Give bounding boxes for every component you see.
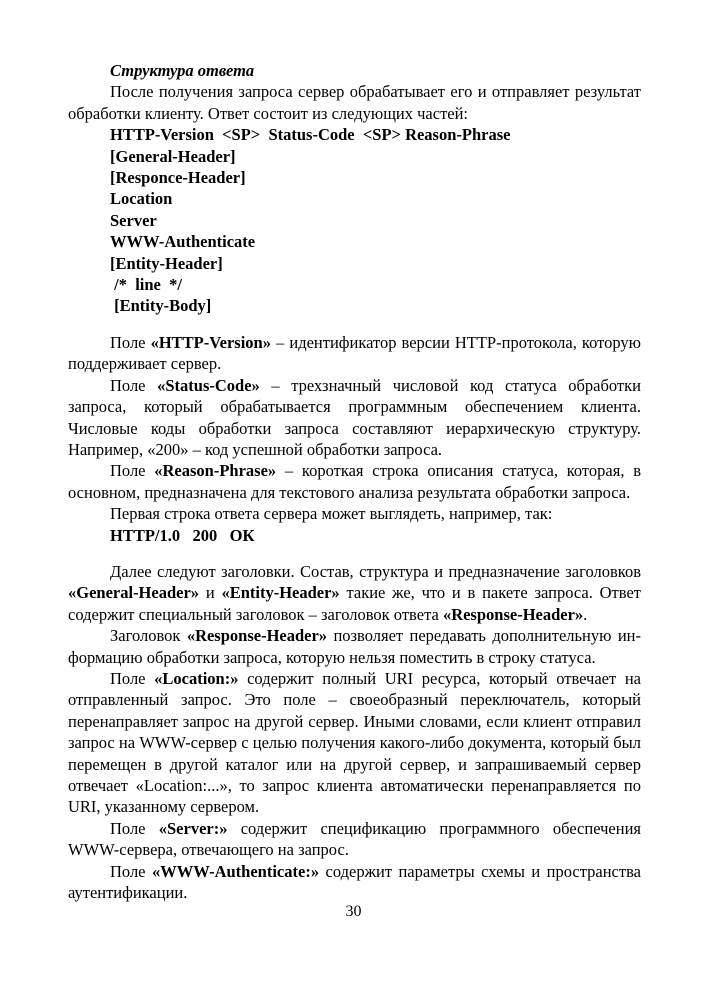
- section-heading: Структура ответа: [110, 60, 641, 81]
- intro-paragraph: После получения запроса сервер обрабатыв…: [68, 81, 641, 124]
- code-line-location: Location: [68, 188, 641, 209]
- code-line-general-header: [General-Header]: [68, 146, 641, 167]
- paragraph-headers-overview: Далее следуют заголовки. Состав, структу…: [68, 561, 641, 625]
- paragraph-http-version: Поле «HTTP-Version» – идентификатор верс…: [68, 332, 641, 375]
- paragraph-status-code: Поле «Status-Code» – трехзначный числово…: [68, 375, 641, 461]
- code-line-www-authenticate: WWW-Authenticate: [68, 231, 641, 252]
- document-page: Структура ответа После получения запроса…: [0, 0, 707, 1000]
- page-number: 30: [0, 901, 707, 922]
- paragraph-server: Поле «Server:» содержит спецификацию про…: [68, 818, 641, 861]
- paragraph-reason-phrase: Поле «Reason-Phrase» – короткая строка о…: [68, 460, 641, 503]
- paragraph-example-intro: Первая строка ответа сервера может выгля…: [68, 503, 641, 524]
- response-structure-block: HTTP-Version <SP> Status-Code <SP> Reaso…: [68, 124, 641, 317]
- code-line-comment: /* line */: [68, 274, 641, 295]
- code-line-status: HTTP-Version <SP> Status-Code <SP> Reaso…: [68, 124, 641, 145]
- example-status-line: HTTP/1.0 200 ОК: [68, 525, 641, 546]
- code-line-entity-header: [Entity-Header]: [68, 253, 641, 274]
- code-line-server: Server: [68, 210, 641, 231]
- code-line-entity-body: [Entity-Body]: [68, 295, 641, 316]
- paragraph-response-header: Заголовок «Response-Header» позволяет пе…: [68, 625, 641, 668]
- code-line-responce-header: [Responce-Header]: [68, 167, 641, 188]
- paragraph-location: Поле «Location:» содержит полный URI рес…: [68, 668, 641, 818]
- paragraph-www-authenticate: Поле «WWW-Authenticate:» содержит параме…: [68, 861, 641, 904]
